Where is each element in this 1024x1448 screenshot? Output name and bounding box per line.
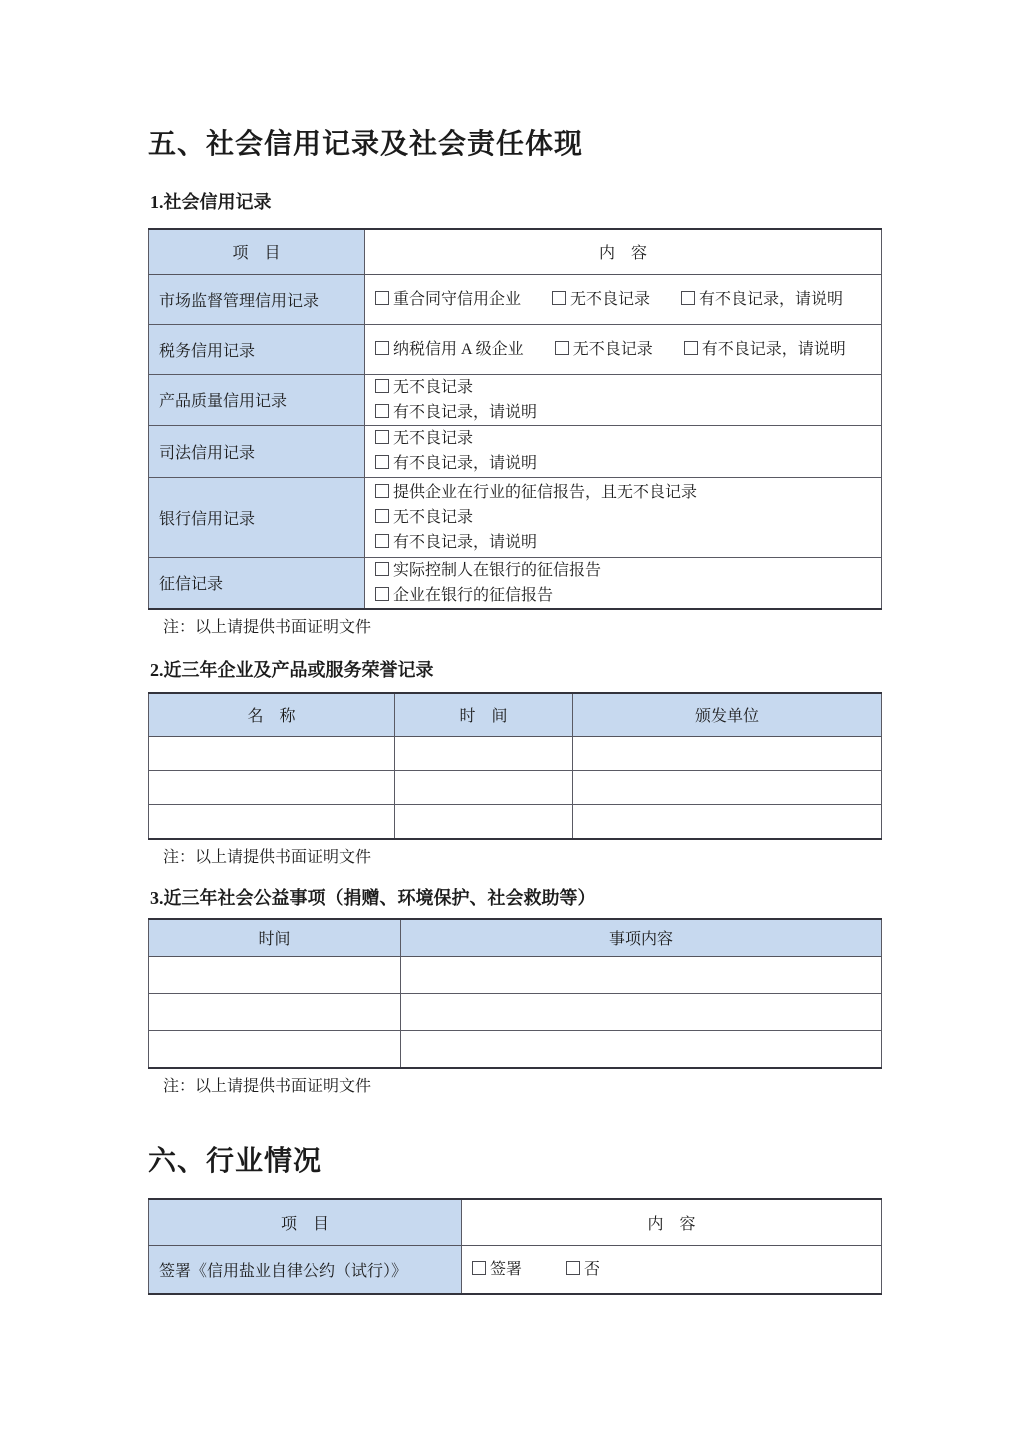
checkbox-option[interactable]: 有不良记录，请说明	[375, 530, 537, 555]
column-header-item: 项 目	[149, 229, 365, 274]
option-label: 有不良记录，请说明	[393, 455, 537, 472]
option-label: 无不良记录	[393, 430, 473, 447]
checkbox-option[interactable]: 有不良记录，请说明	[375, 451, 537, 476]
checkbox-icon	[375, 430, 389, 444]
checkbox-icon	[375, 534, 389, 548]
empty-cell[interactable]	[401, 994, 882, 1031]
table-row	[149, 1031, 882, 1068]
section-6-title: 六、行业情况	[148, 1143, 882, 1181]
checkbox-icon	[375, 562, 389, 576]
checkbox-option[interactable]: 实际控制人在银行的征信报告	[375, 558, 601, 583]
checkbox-icon	[375, 509, 389, 523]
table-row	[149, 957, 882, 994]
table-row	[149, 771, 882, 805]
empty-cell[interactable]	[149, 737, 395, 771]
empty-cell[interactable]	[149, 1031, 401, 1068]
table-row: 签署《信用盐业自律公约（试行）》 签署 否	[149, 1246, 882, 1294]
option-label: 纳税信用 A 级企业	[393, 341, 524, 358]
checkbox-option[interactable]: 有不良记录，请说明	[375, 400, 537, 425]
checkbox-icon	[375, 291, 389, 305]
option-label: 实际控制人在银行的征信报告	[393, 562, 601, 579]
checkbox-option[interactable]: 重合同守信用企业	[375, 287, 521, 312]
checkbox-option[interactable]: 企业在银行的征信报告	[375, 583, 553, 608]
table-row: 征信记录 实际控制人在银行的征信报告 企业在银行的征信报告	[149, 557, 882, 609]
page-content: 五、社会信用记录及社会责任体现 1.社会信用记录 项 目 内 容 市场监督管理信…	[148, 0, 882, 1295]
table-row: 银行信用记录 提供企业在行业的征信报告，且无不良记录 无不良记录 有不良记录，请…	[149, 477, 882, 557]
note-text: 注：以上请提供书面证明文件	[163, 618, 882, 638]
checkbox-icon	[375, 455, 389, 469]
section-5-title: 五、社会信用记录及社会责任体现	[148, 126, 882, 164]
checkbox-option[interactable]: 有不良记录，请说明	[684, 337, 846, 362]
checkbox-option[interactable]: 纳税信用 A 级企业	[375, 337, 524, 362]
checkbox-icon	[375, 404, 389, 418]
checkbox-option[interactable]: 无不良记录	[375, 375, 473, 400]
row-label: 税务信用记录	[149, 324, 365, 374]
option-label: 企业在银行的征信报告	[393, 587, 553, 604]
empty-cell[interactable]	[573, 771, 882, 805]
option-label: 无不良记录	[393, 509, 473, 526]
table-row: 司法信用记录 无不良记录 有不良记录，请说明	[149, 425, 882, 477]
column-header-time: 时 间	[395, 693, 573, 737]
table-row	[149, 737, 882, 771]
checkbox-option[interactable]: 签署	[472, 1257, 522, 1282]
checkbox-icon	[681, 291, 695, 305]
checkbox-option[interactable]: 无不良记录	[552, 287, 650, 312]
column-header-issuer: 颁发单位	[573, 693, 882, 737]
empty-cell[interactable]	[401, 957, 882, 994]
content-cell: 重合同守信用企业 无不良记录 有不良记录，请说明	[365, 274, 882, 324]
document-page: 五、社会信用记录及社会责任体现 1.社会信用记录 项 目 内 容 市场监督管理信…	[0, 0, 1024, 1448]
checkbox-icon	[375, 341, 389, 355]
option-label: 无不良记录	[570, 291, 650, 308]
option-label: 有不良记录，请说明	[393, 534, 537, 551]
checkbox-option[interactable]: 无不良记录	[375, 426, 473, 451]
column-header-item: 项 目	[149, 1199, 462, 1246]
credit-record-table: 项 目 内 容 市场监督管理信用记录 重合同守信用企业 无不良记录 有不良记录，…	[148, 228, 882, 610]
industry-status-table: 项 目 内 容 签署《信用盐业自律公约（试行）》 签署 否	[148, 1198, 882, 1295]
checkbox-icon	[375, 587, 389, 601]
checkbox-icon	[566, 1261, 580, 1275]
option-label: 无不良记录	[573, 341, 653, 358]
honor-record-table: 名 称 时 间 颁发单位	[148, 692, 882, 840]
content-cell: 无不良记录 有不良记录，请说明	[365, 374, 882, 425]
row-label: 产品质量信用记录	[149, 374, 365, 425]
column-header-content: 内 容	[365, 229, 882, 274]
checkbox-icon	[375, 484, 389, 498]
table-row: 税务信用记录 纳税信用 A 级企业 无不良记录 有不良记录，请说明	[149, 324, 882, 374]
row-label: 签署《信用盐业自律公约（试行）》	[149, 1246, 462, 1294]
empty-cell[interactable]	[573, 805, 882, 839]
table-row	[149, 805, 882, 839]
checkbox-option[interactable]: 有不良记录，请说明	[681, 287, 843, 312]
checkbox-option[interactable]: 否	[566, 1257, 600, 1282]
content-cell: 纳税信用 A 级企业 无不良记录 有不良记录，请说明	[365, 324, 882, 374]
table-row: 产品质量信用记录 无不良记录 有不良记录，请说明	[149, 374, 882, 425]
option-label: 否	[584, 1261, 600, 1278]
empty-cell[interactable]	[149, 771, 395, 805]
empty-cell[interactable]	[149, 957, 401, 994]
checkbox-icon	[375, 379, 389, 393]
checkbox-icon	[552, 291, 566, 305]
empty-cell[interactable]	[395, 737, 573, 771]
row-label: 银行信用记录	[149, 477, 365, 557]
checkbox-icon	[472, 1261, 486, 1275]
note-text: 注：以上请提供书面证明文件	[163, 1077, 882, 1097]
empty-cell[interactable]	[149, 994, 401, 1031]
option-label: 有不良记录，请说明	[699, 291, 843, 308]
column-header-time: 时间	[149, 919, 401, 957]
column-header-name: 名 称	[149, 693, 395, 737]
option-label: 无不良记录	[393, 379, 473, 396]
content-cell: 实际控制人在银行的征信报告 企业在银行的征信报告	[365, 557, 882, 609]
table-row	[149, 994, 882, 1031]
option-label: 有不良记录，请说明	[393, 404, 537, 421]
checkbox-option[interactable]: 无不良记录	[555, 337, 653, 362]
subsection-3-heading: 3.近三年社会公益事项（捐赠、环境保护、社会救助等）	[150, 886, 882, 910]
table-row: 市场监督管理信用记录 重合同守信用企业 无不良记录 有不良记录，请说明	[149, 274, 882, 324]
row-label: 征信记录	[149, 557, 365, 609]
content-cell: 提供企业在行业的征信报告，且无不良记录 无不良记录 有不良记录，请说明	[365, 477, 882, 557]
column-header-detail: 事项内容	[401, 919, 882, 957]
empty-cell[interactable]	[401, 1031, 882, 1068]
option-label: 提供企业在行业的征信报告，且无不良记录	[393, 484, 697, 501]
empty-cell[interactable]	[149, 805, 395, 839]
checkbox-icon	[555, 341, 569, 355]
content-cell: 签署 否	[462, 1246, 882, 1294]
public-welfare-table: 时间 事项内容	[148, 918, 882, 1069]
subsection-1-heading: 1.社会信用记录	[150, 190, 882, 214]
column-header-content: 内 容	[462, 1199, 882, 1246]
empty-cell[interactable]	[573, 737, 882, 771]
checkbox-option[interactable]: 提供企业在行业的征信报告，且无不良记录	[375, 480, 697, 505]
note-text: 注：以上请提供书面证明文件	[163, 848, 882, 868]
checkbox-icon	[684, 341, 698, 355]
option-label: 重合同守信用企业	[393, 291, 521, 308]
empty-cell[interactable]	[395, 771, 573, 805]
checkbox-option[interactable]: 无不良记录	[375, 505, 473, 530]
empty-cell[interactable]	[395, 805, 573, 839]
subsection-2-heading: 2.近三年企业及产品或服务荣誉记录	[150, 658, 882, 682]
content-cell: 无不良记录 有不良记录，请说明	[365, 425, 882, 477]
row-label: 司法信用记录	[149, 425, 365, 477]
option-label: 签署	[490, 1261, 522, 1278]
row-label: 市场监督管理信用记录	[149, 274, 365, 324]
option-label: 有不良记录，请说明	[702, 341, 846, 358]
